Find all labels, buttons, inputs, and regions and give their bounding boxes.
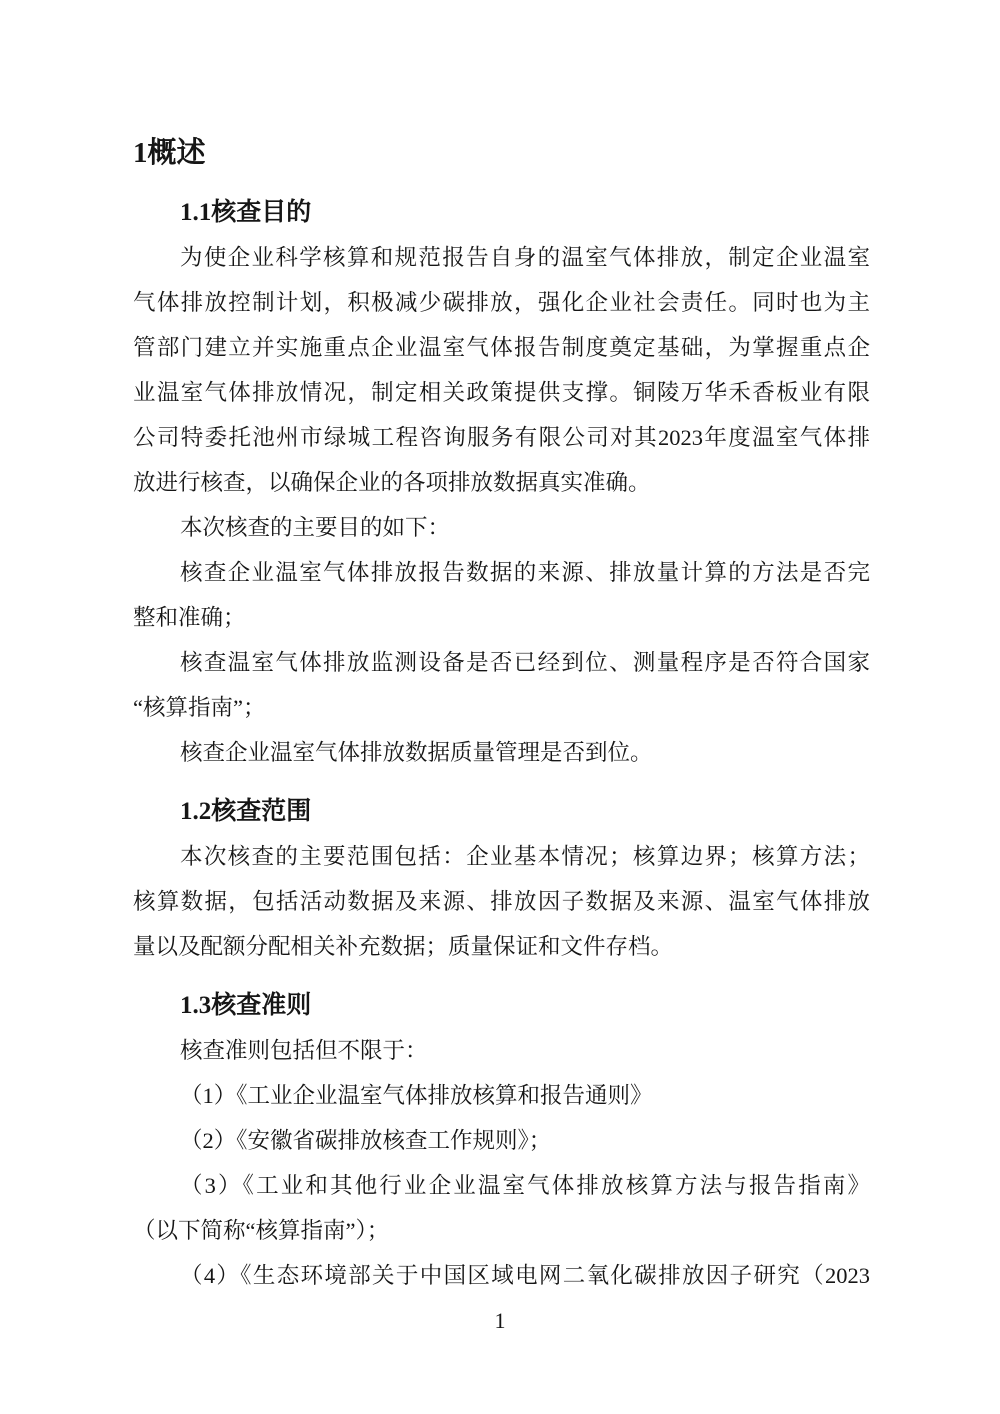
text-line: （以下简称“核算指南”）；: [133, 1208, 870, 1253]
text-line: “核算指南”；: [133, 685, 870, 730]
text-line: 量以及配额分配相关补充数据；质量保证和文件存档。: [133, 924, 870, 969]
paragraph-criteria-item-3: （3）《工业和其他行业企业温室气体排放核算方法与报告指南》（以下简称“核算指南”…: [133, 1163, 870, 1253]
text-line: 气体排放控制计划，积极减少碳排放，强化企业社会责任。同时也为主: [133, 280, 870, 325]
text-line: 放进行核查，以确保企业的各项排放数据真实准确。: [133, 460, 870, 505]
paragraph-verification-purpose: 为使企业科学核算和规范报告自身的温室气体排放，制定企业温室气体排放控制计划，积极…: [133, 235, 870, 505]
section-heading-1-1: 1.1核查目的: [133, 190, 870, 235]
section-heading-1-3: 1.3核查准则: [133, 983, 870, 1028]
paragraph-criteria-item-4: （4）《生态环境部关于中国区域电网二氧化碳排放因子研究（2023: [133, 1253, 870, 1298]
text-line: 管部门建立并实施重点企业温室气体报告制度奠定基础，为掌握重点企: [133, 325, 870, 370]
text-line: 核查企业温室气体排放数据质量管理是否到位。: [133, 730, 870, 775]
text-line: 核查温室气体排放监测设备是否已经到位、测量程序是否符合国家: [133, 640, 870, 685]
text-line: 为使企业科学核算和规范报告自身的温室气体排放，制定企业温室: [133, 235, 870, 280]
text-line: 业温室气体排放情况，制定相关政策提供支撑。铜陵万华禾香板业有限: [133, 370, 870, 415]
text-line: 核查企业温室气体排放报告数据的来源、排放量计算的方法是否完: [133, 550, 870, 595]
text-line: 本次核查的主要目的如下：: [133, 505, 870, 550]
page-number: 1: [0, 1306, 1000, 1336]
paragraph-verification-scope: 本次核查的主要范围包括：企业基本情况；核算边界；核算方法；核算数据，包括活动数据…: [133, 834, 870, 969]
text-line: （3）《工业和其他行业企业温室气体排放核算方法与报告指南》: [133, 1163, 870, 1208]
paragraph-criteria-intro: 核查准则包括但不限于：: [133, 1028, 870, 1073]
paragraph-criteria-item-2: （2）《安徽省碳排放核查工作规则》；: [133, 1118, 870, 1163]
text-line: 公司特委托池州市绿城工程咨询服务有限公司对其2023年度温室气体排: [133, 415, 870, 460]
text-line: 核查准则包括但不限于：: [133, 1028, 870, 1073]
paragraph-purpose-item-3: 核查企业温室气体排放数据质量管理是否到位。: [133, 730, 870, 775]
text-line: （2）《安徽省碳排放核查工作规则》；: [133, 1118, 870, 1163]
document-body: 1概述1.1核查目的为使企业科学核算和规范报告自身的温室气体排放，制定企业温室气…: [133, 131, 870, 1298]
text-line: 核算数据，包括活动数据及来源、排放因子数据及来源、温室气体排放: [133, 879, 870, 924]
paragraph-purpose-item-2: 核查温室气体排放监测设备是否已经到位、测量程序是否符合国家“核算指南”；: [133, 640, 870, 730]
text-line: （4）《生态环境部关于中国区域电网二氧化碳排放因子研究（2023: [133, 1253, 870, 1298]
text-line: （1）《工业企业温室气体排放核算和报告通则》: [133, 1073, 870, 1118]
paragraph-main-purposes-intro: 本次核查的主要目的如下：: [133, 505, 870, 550]
text-line: 本次核查的主要范围包括：企业基本情况；核算边界；核算方法；: [133, 834, 870, 879]
paragraph-purpose-item-1: 核查企业温室气体排放报告数据的来源、排放量计算的方法是否完整和准确；: [133, 550, 870, 640]
chapter-heading-overview: 1概述: [133, 131, 870, 176]
section-heading-1-2: 1.2核查范围: [133, 789, 870, 834]
paragraph-criteria-item-1: （1）《工业企业温室气体排放核算和报告通则》: [133, 1073, 870, 1118]
text-line: 整和准确；: [133, 595, 870, 640]
document-page: 1概述1.1核查目的为使企业科学核算和规范报告自身的温室气体排放，制定企业温室气…: [0, 0, 1000, 1414]
